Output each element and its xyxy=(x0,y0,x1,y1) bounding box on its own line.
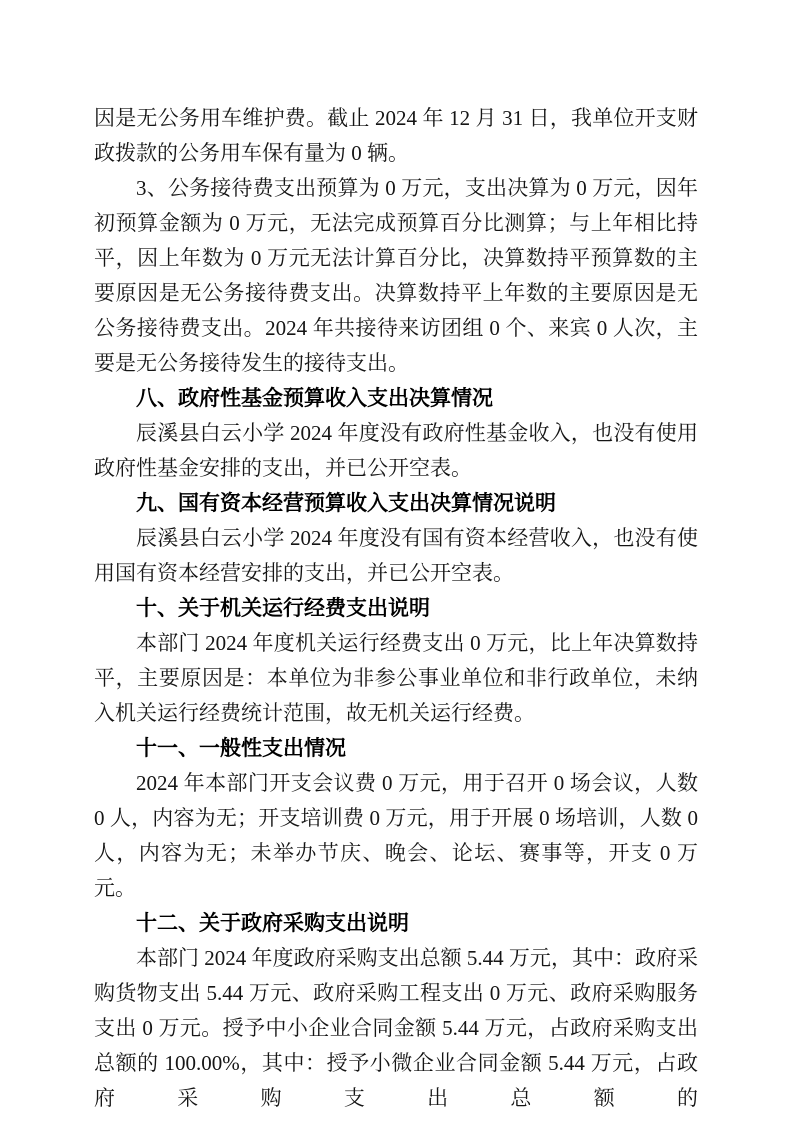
paragraph-procurement: 本部门 2024 年度政府采购支出总额 5.44 万元，其中：政府采购货物支出 … xyxy=(94,941,698,1116)
paragraph-vehicle-maintenance: 因是无公务用车维护费。截止 2024 年 12 月 31 日，我单位开支财政拨款… xyxy=(94,101,698,171)
paragraph-operating-expenses: 本部门 2024 年度机关运行经费支出 0 万元，比上年决算数持平，主要原因是：… xyxy=(94,626,698,731)
paragraph-general-expenditure: 2024 年本部门开支会议费 0 万元，用于召开 0 场会议，人数 0 人，内容… xyxy=(94,766,698,906)
heading-section-11-general-expenditure: 十一、一般性支出情况 xyxy=(94,731,698,766)
heading-section-10-operating-expenses: 十、关于机关运行经费支出说明 xyxy=(94,591,698,626)
document-page: 因是无公务用车维护费。截止 2024 年 12 月 31 日，我单位开支财政拨款… xyxy=(0,0,793,1122)
heading-section-8-government-funds: 八、政府性基金预算收入支出决算情况 xyxy=(94,381,698,416)
paragraph-state-capital: 辰溪县白云小学 2024 年度没有国有资本经营收入，也没有使用国有资本经营安排的… xyxy=(94,521,698,591)
paragraph-official-reception: 3、公务接待费支出预算为 0 万元，支出决算为 0 万元，因年初预算金额为 0 … xyxy=(94,171,698,381)
paragraph-government-funds: 辰溪县白云小学 2024 年度没有政府性基金收入，也没有使用政府性基金安排的支出… xyxy=(94,416,698,486)
heading-section-9-state-capital: 九、国有资本经营预算收入支出决算情况说明 xyxy=(94,486,698,521)
heading-section-12-procurement: 十二、关于政府采购支出说明 xyxy=(94,906,698,941)
